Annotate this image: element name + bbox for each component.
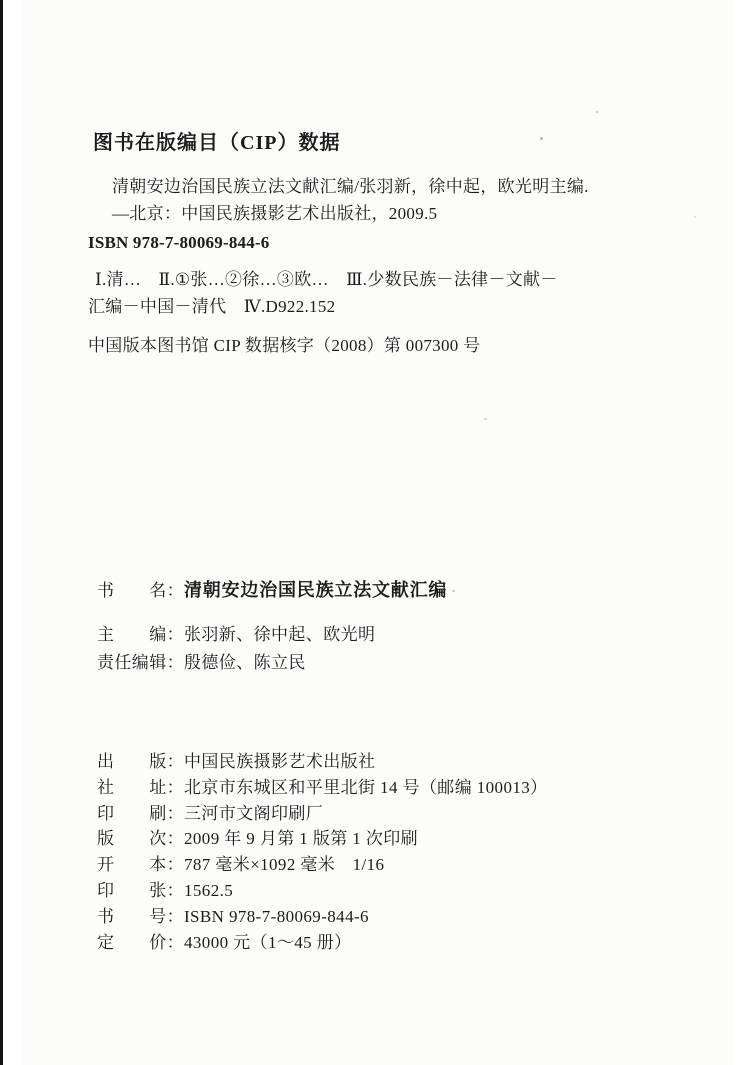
publisher-row: 出 版： 中国民族摄影艺术出版社 <box>97 749 548 775</box>
publisher-value: 中国民族摄影艺术出版社 <box>184 749 375 775</box>
publication-details-section: 出 版： 中国民族摄影艺术出版社 社 址： 北京市东城区和平里北街 14 号（邮… <box>97 749 548 955</box>
printer-value: 三河市文阁印刷厂 <box>184 801 323 827</box>
managing-editors-label: 责任编辑： <box>97 649 184 677</box>
edition-value: 2009 年 9 月第 1 版第 1 次印刷 <box>184 826 418 852</box>
address-label: 社 址： <box>97 775 184 801</box>
managing-editors-row: 责任编辑： 殷德俭、陈立民 <box>97 649 447 677</box>
book-title-value: 清朝安边治国民族立法文献汇编 <box>184 576 447 604</box>
cip-isbn: ISBN 978-7-80069-844-6 <box>88 229 688 256</box>
printer-row: 印 刷： 三河市文阁印刷厂 <box>97 801 548 827</box>
price-value: 43000 元（1～45 册） <box>184 930 352 956</box>
isbn-label: 书 号： <box>97 904 184 930</box>
cip-classification-line2: 汇编－中国－清代 Ⅳ.D922.152 <box>88 293 688 320</box>
printer-label: 印 刷： <box>97 801 184 827</box>
address-value: 北京市东城区和平里北街 14 号（邮编 100013） <box>184 775 548 801</box>
book-title-row: 书 名： 清朝安边治国民族立法文献汇编 <box>97 576 447 605</box>
book-title-label: 书 名： <box>97 577 184 605</box>
chief-editors-label: 主 编： <box>97 621 184 649</box>
managing-editors-value: 殷德俭、陈立民 <box>184 649 306 677</box>
price-row: 定 价： 43000 元（1～45 册） <box>97 930 548 956</box>
cip-data-section: 图书在版编目（CIP）数据 清朝安边治国民族立法文献汇编/张羽新，徐中起，欧光明… <box>88 130 688 359</box>
isbn-value: ISBN 978-7-80069-844-6 <box>184 904 369 930</box>
sheets-value: 1562.5 <box>184 878 233 904</box>
price-label: 定 价： <box>97 930 184 956</box>
scan-speck <box>596 111 598 113</box>
scanned-book-page: 图书在版编目（CIP）数据 清朝安边治国民族立法文献汇编/张羽新，徐中起，欧光明… <box>22 0 733 1065</box>
isbn-row: 书 号： ISBN 978-7-80069-844-6 <box>97 904 548 930</box>
chief-editors-row: 主 编： 张羽新、徐中起、欧光明 <box>97 621 447 649</box>
format-row: 开 本： 787 毫米×1092 毫米 1/16 <box>97 852 548 878</box>
scan-speck <box>540 137 543 140</box>
publisher-label: 出 版： <box>97 749 184 775</box>
cip-description-line1: 清朝安边治国民族立法文献汇编/张羽新，徐中起，欧光明主编. <box>88 173 688 200</box>
sheets-row: 印 张： 1562.5 <box>97 878 548 904</box>
format-value: 787 毫米×1092 毫米 1/16 <box>184 852 384 878</box>
sheets-label: 印 张： <box>97 878 184 904</box>
cip-registry-number: 中国版本图书馆 CIP 数据核字（2008）第 007300 号 <box>88 332 688 359</box>
cip-classification-line1: Ⅰ.清… Ⅱ.①张…②徐…③欧… Ⅲ.少数民族－法律－文献－ <box>88 266 688 293</box>
format-label: 开 本： <box>97 852 184 878</box>
scan-speck <box>484 418 487 420</box>
edition-label: 版 次： <box>97 826 184 852</box>
edition-row: 版 次： 2009 年 9 月第 1 版第 1 次印刷 <box>97 826 548 852</box>
cip-description-line2: —北京：中国民族摄影艺术出版社，2009.5 <box>88 200 688 227</box>
chief-editors-value: 张羽新、徐中起、欧光明 <box>184 621 375 649</box>
book-title-editors-section: 书 名： 清朝安边治国民族立法文献汇编 主 编： 张羽新、徐中起、欧光明 责任编… <box>97 576 447 677</box>
cip-heading: 图书在版编目（CIP）数据 <box>93 130 688 157</box>
address-row: 社 址： 北京市东城区和平里北街 14 号（邮编 100013） <box>97 775 548 801</box>
scan-speck <box>452 590 455 592</box>
scan-edge-artifact <box>0 0 3 1065</box>
scan-speck <box>694 216 696 218</box>
